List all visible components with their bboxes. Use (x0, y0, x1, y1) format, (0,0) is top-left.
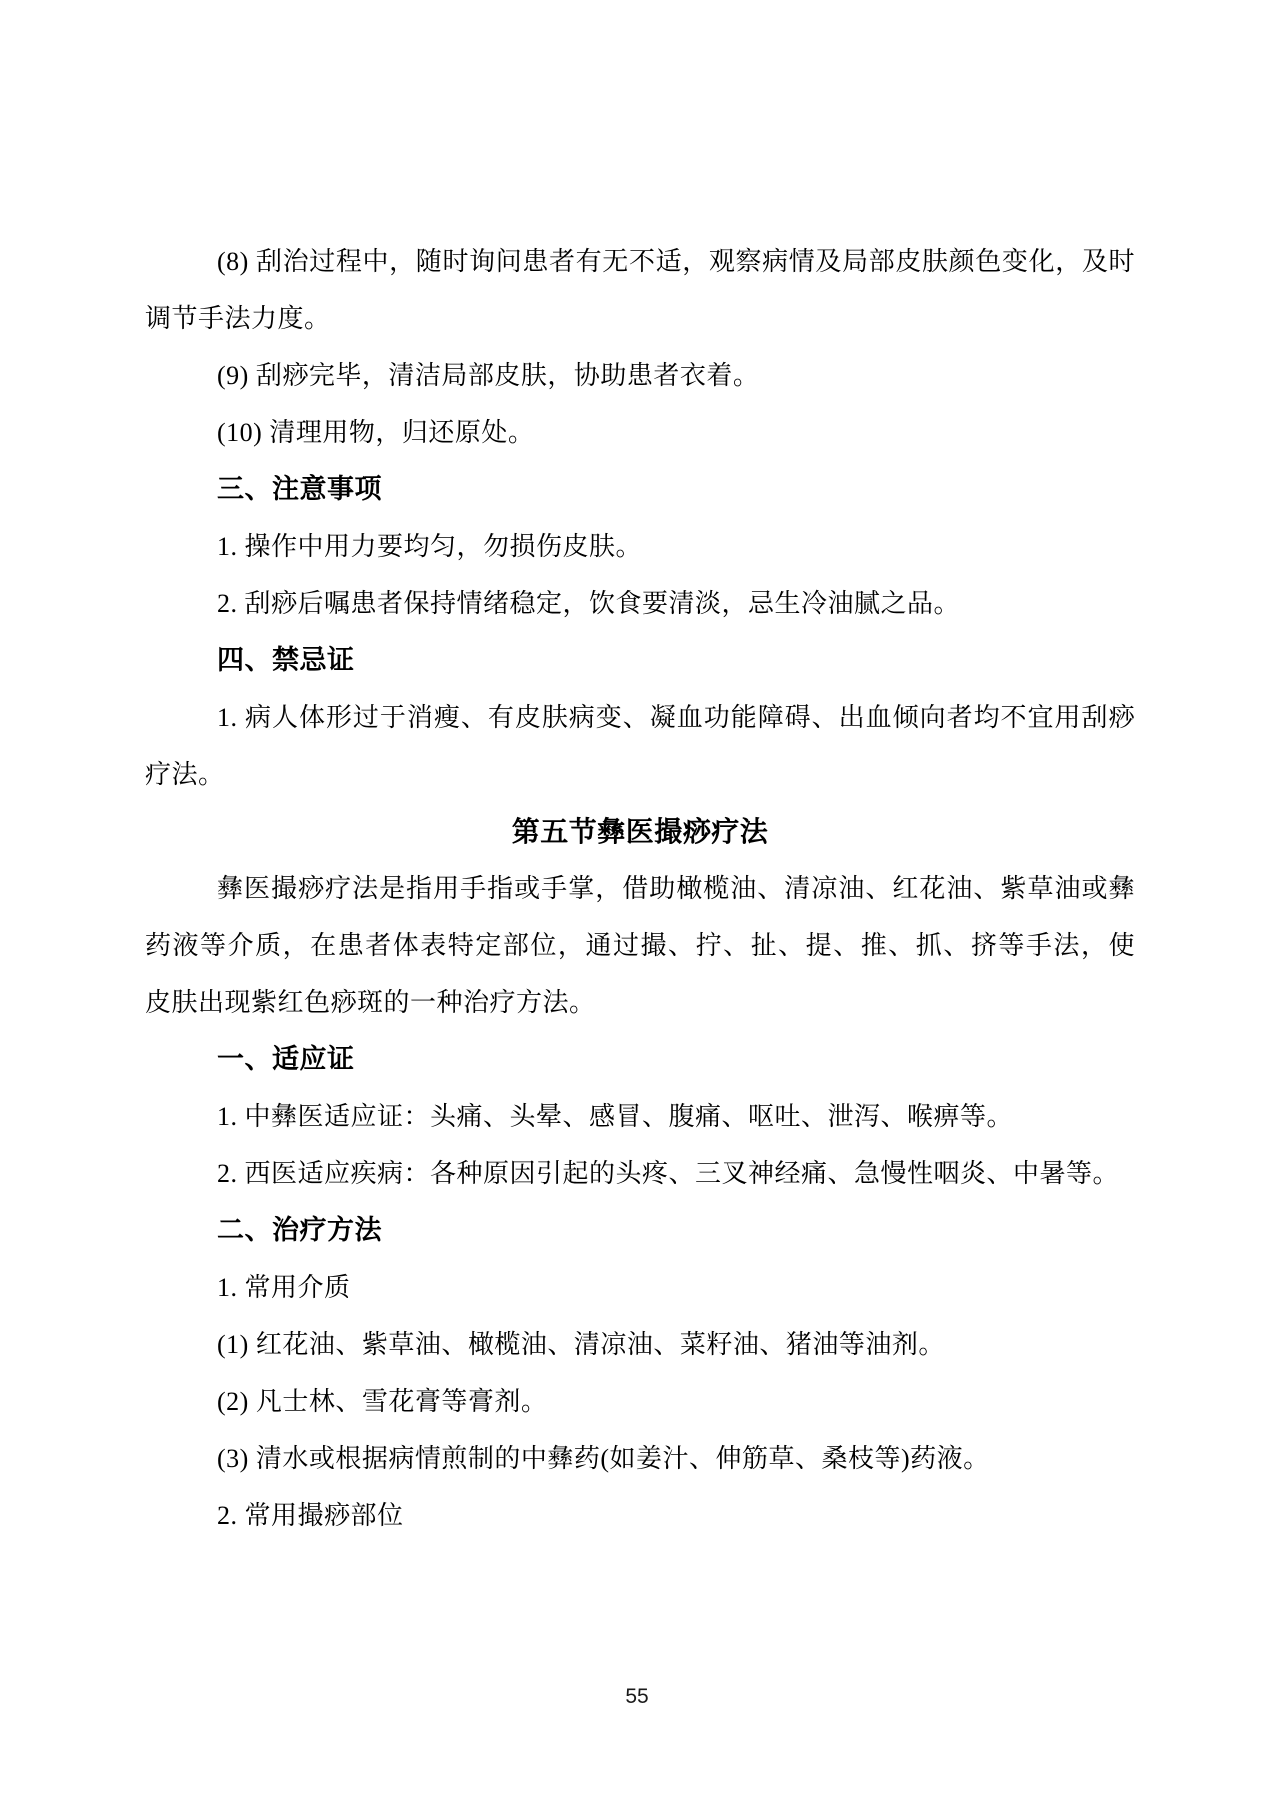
section-heading: 二、治疗方法 (145, 1202, 1135, 1259)
text-line: 1. 操作中用力要均匀，勿损伤皮肤。 (145, 518, 1135, 575)
text-line: (3) 清水或根据病情煎制的中彝药(如姜汁、伸筋草、桑枝等)药液。 (145, 1430, 1135, 1487)
text-line: (2) 凡士林、雪花膏等膏剂。 (145, 1373, 1135, 1430)
text-line: (1) 红花油、紫草油、橄榄油、清凉油、菜籽油、猪油等油剂。 (145, 1316, 1135, 1373)
text-line: 彝医撮痧疗法是指用手指或手掌，借助橄榄油、清凉油、红花油、紫草油或彝 (145, 860, 1135, 917)
page-number: 55 (0, 1684, 1274, 1710)
text-line: 1. 中彝医适应证：头痛、头晕、感冒、腹痛、呕吐、泄泻、喉痹等。 (145, 1088, 1135, 1145)
text-line: 皮肤出现紫红色痧斑的一种治疗方法。 (145, 974, 1135, 1031)
document-page: (8) 刮治过程中，随时询问患者有无不适，观察病情及局部皮肤颜色变化，及时调节手… (0, 0, 1274, 1801)
text-line: 1. 常用介质 (145, 1259, 1135, 1316)
section-heading: 四、禁忌证 (145, 632, 1135, 689)
text-line: (8) 刮治过程中，随时询问患者有无不适，观察病情及局部皮肤颜色变化，及时 (145, 233, 1135, 290)
document-lines: (8) 刮治过程中，随时询问患者有无不适，观察病情及局部皮肤颜色变化，及时调节手… (145, 233, 1135, 1544)
text-line: 2. 常用撮痧部位 (145, 1487, 1135, 1544)
section-heading: 三、注意事项 (145, 461, 1135, 518)
text-line: 疗法。 (145, 746, 1135, 803)
text-line: 1. 病人体形过于消瘦、有皮肤病变、凝血功能障碍、出血倾向者均不宜用刮痧 (145, 689, 1135, 746)
section-heading: 一、适应证 (145, 1031, 1135, 1088)
text-line: 调节手法力度。 (145, 290, 1135, 347)
text-line: 2. 刮痧后嘱患者保持情绪稳定，饮食要清淡，忌生冷油腻之品。 (145, 575, 1135, 632)
text-line: 2. 西医适应疾病：各种原因引起的头疼、三叉神经痛、急慢性咽炎、中暑等。 (145, 1145, 1135, 1202)
text-line: (9) 刮痧完毕，清洁局部皮肤，协助患者衣着。 (145, 347, 1135, 404)
text-line: 药液等介质，在患者体表特定部位，通过撮、拧、扯、提、推、抓、挤等手法，使 (145, 917, 1135, 974)
section-title: 第五节彝医撮痧疗法 (145, 803, 1135, 860)
text-line: (10) 清理用物，归还原处。 (145, 404, 1135, 461)
